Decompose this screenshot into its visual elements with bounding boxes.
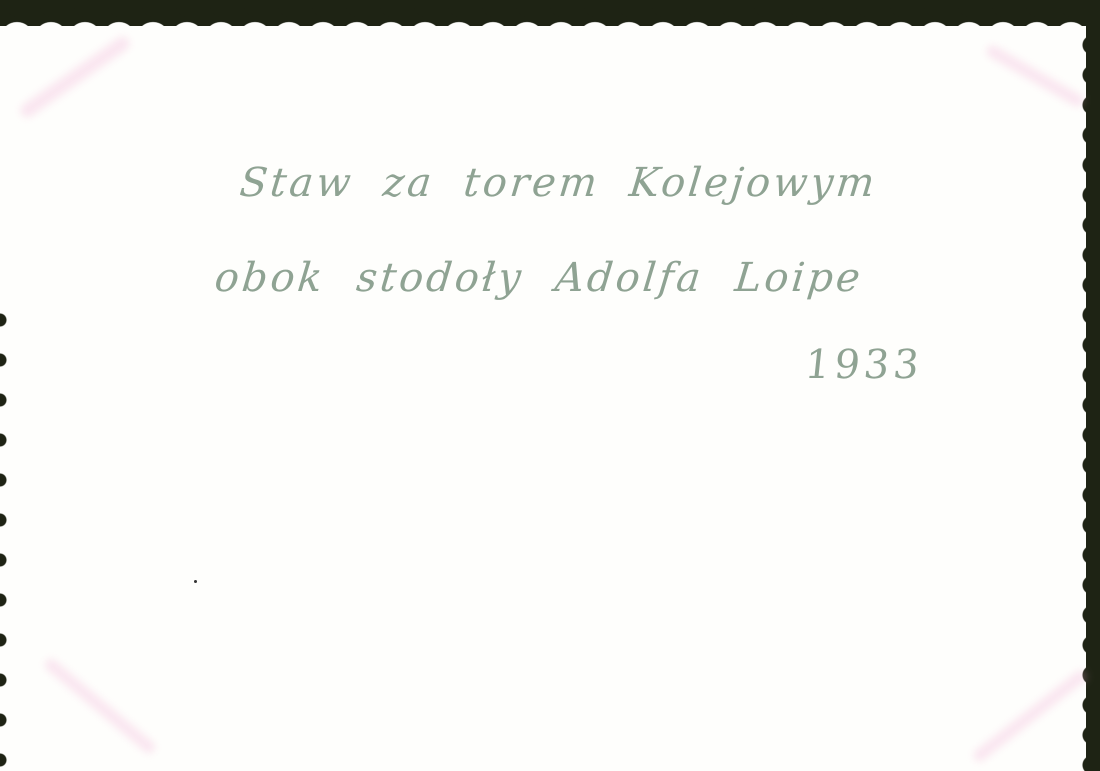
pink-stain <box>971 668 1089 764</box>
deckled-edge-left <box>0 300 8 771</box>
dust-speck <box>194 580 197 583</box>
pink-stain <box>18 34 133 120</box>
handwritten-line-2: obok stodoły Adolfa Loipe <box>213 255 866 301</box>
handwritten-year: 1933 <box>803 342 926 388</box>
paper-edge-top <box>0 20 1090 34</box>
pink-stain <box>984 43 1085 108</box>
deckled-edge-right <box>1076 0 1092 771</box>
pink-stain <box>43 656 158 755</box>
photo-back: Staw za torem Kolejowym obok stodoły Ado… <box>0 0 1100 771</box>
handwritten-line-1: Staw za torem Kolejowym <box>238 160 880 206</box>
